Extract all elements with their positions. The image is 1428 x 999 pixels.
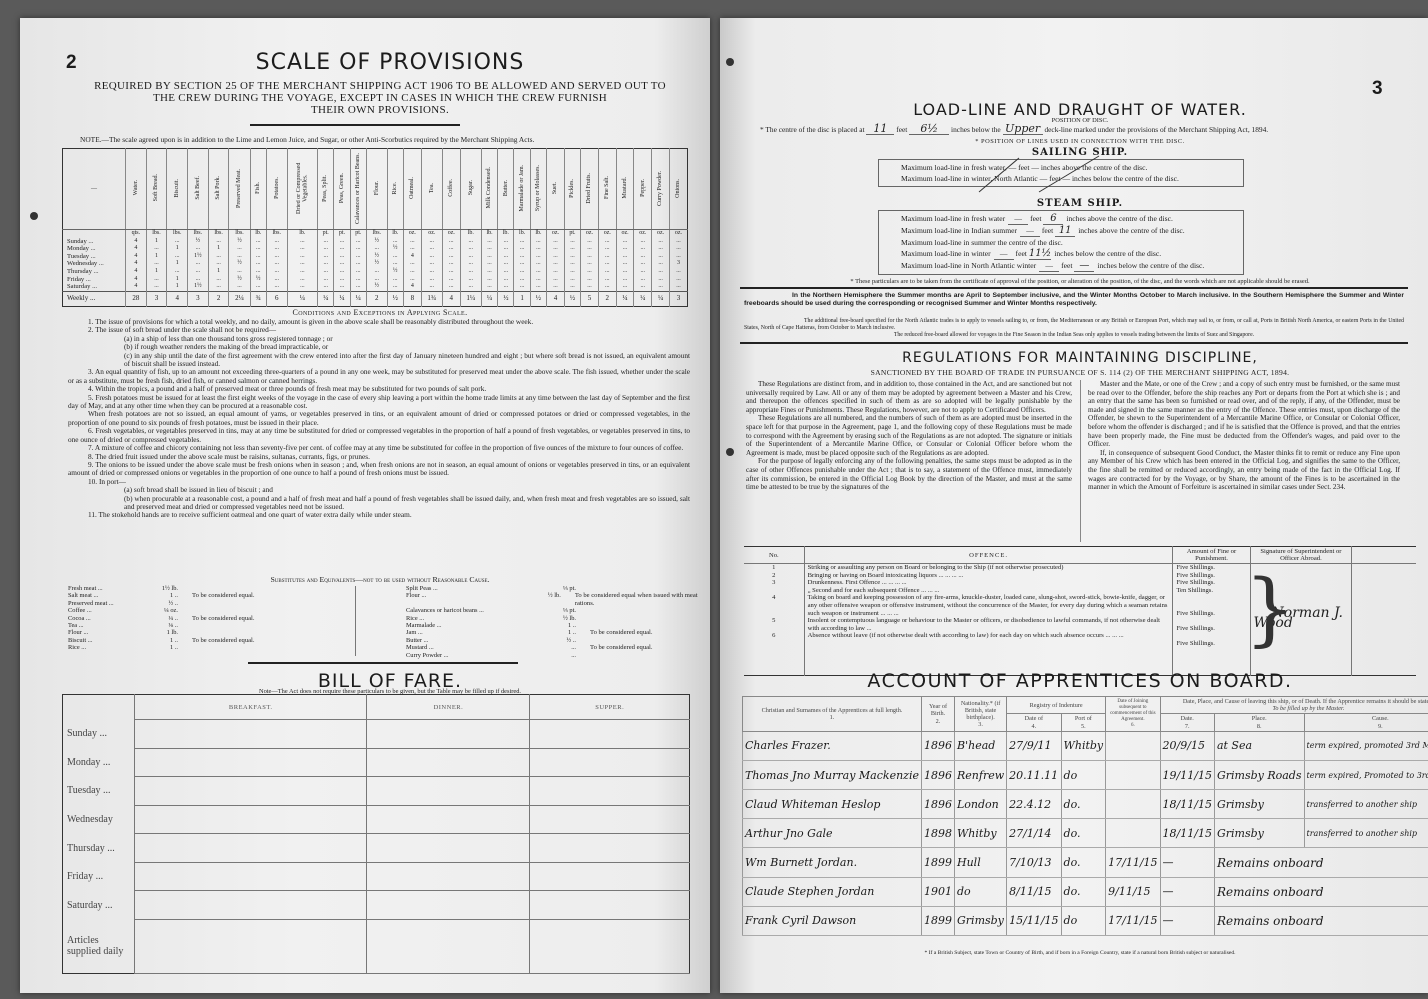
apprentice-nationality[interactable]: do bbox=[955, 877, 1007, 906]
value-cell: ... bbox=[581, 238, 599, 246]
apprentice-reg-date[interactable]: 27/9/11 bbox=[1007, 731, 1061, 760]
apprentice-name[interactable]: Charles Frazer. bbox=[743, 731, 922, 760]
meal-entry-cell[interactable] bbox=[367, 805, 530, 834]
value-cell: ... bbox=[188, 260, 209, 268]
value-cell: ... bbox=[318, 260, 334, 268]
meal-entry-cell[interactable] bbox=[367, 720, 530, 749]
steam-ship-box: Maximum load-line in fresh water— feet 6… bbox=[878, 210, 1244, 275]
condition-item: 3. An equal quantity of fish, up to an a… bbox=[68, 368, 690, 385]
value-cell: ... bbox=[318, 268, 334, 276]
apprentice-reg-port[interactable]: do. bbox=[1061, 819, 1106, 848]
weekly-value: ¼ bbox=[481, 291, 497, 306]
unit-cell: pt. bbox=[334, 230, 350, 238]
bill-of-fare-table: BREAKFAST.DINNER.SUPPER. Sunday ...Monda… bbox=[62, 694, 690, 974]
value-cell: ... bbox=[146, 276, 167, 284]
substitute-row: Jam ...1 ..To be considered equal. bbox=[406, 629, 706, 636]
apprentice-reg-date[interactable]: 27/1/14 bbox=[1007, 819, 1061, 848]
value-cell: ... bbox=[460, 253, 481, 261]
meal-entry-cell[interactable] bbox=[530, 748, 690, 777]
value-cell: ... bbox=[481, 238, 497, 246]
table-row: Thursday ...41......1...................… bbox=[63, 268, 688, 276]
apprentice-nationality[interactable]: Whitby bbox=[955, 819, 1007, 848]
col-leaving: Date, Place, and Cause of leaving this s… bbox=[1160, 697, 1428, 714]
apprentice-leave-date[interactable]: — bbox=[1160, 848, 1214, 877]
unit-cell: lb. bbox=[460, 230, 481, 238]
unit-cell: lb. bbox=[530, 230, 546, 238]
offence-number: 3 bbox=[747, 579, 801, 587]
column-label: Soft Bread. bbox=[153, 174, 160, 201]
value-cell: 1 bbox=[167, 260, 188, 268]
column-label: Fish. bbox=[255, 182, 262, 194]
inches-value: — bbox=[1074, 260, 1094, 272]
table-row: Wednesday ...4...1......½...............… bbox=[63, 260, 688, 268]
value-cell: ... bbox=[250, 253, 266, 261]
header-text: Place. bbox=[1252, 715, 1267, 722]
divider bbox=[740, 342, 1408, 344]
unit-cell: qts. bbox=[126, 230, 147, 238]
substitutes-title: Substitutes and Equivalents—not to be us… bbox=[60, 575, 700, 584]
apprentice-reg-port[interactable]: Whitby bbox=[1061, 731, 1106, 760]
value-cell: ... bbox=[564, 268, 580, 276]
apprentices-footnote: * If a British Subject, state Town or Co… bbox=[760, 950, 1400, 958]
meal-entry-cell[interactable] bbox=[135, 805, 367, 834]
apprentice-leave-date[interactable]: 18/11/15 bbox=[1160, 790, 1214, 819]
apprentice-leave-place[interactable]: Remains onboard bbox=[1214, 848, 1428, 877]
weekly-value: ½ bbox=[564, 291, 580, 306]
value-cell: ... bbox=[616, 260, 634, 268]
provisions-column-header: Water. bbox=[126, 149, 147, 230]
apprentice-joining[interactable] bbox=[1106, 760, 1160, 789]
value-cell: ... bbox=[634, 268, 652, 276]
offence-fine-wrap: Five Shillings. bbox=[1176, 579, 1246, 587]
offence-table: No. OFFENCE. Amount of Fine or Punishmen… bbox=[744, 546, 1416, 676]
substitute-item: Flour ... bbox=[68, 629, 148, 636]
apprentice-reg-port[interactable]: do. bbox=[1061, 848, 1106, 877]
meal-entry-cell[interactable] bbox=[530, 805, 690, 834]
value-cell: ... bbox=[616, 238, 634, 246]
apprentice-reg-port[interactable]: do bbox=[1061, 906, 1106, 935]
provisions-note: NOTE.—The scale agreed upon is in additi… bbox=[80, 136, 700, 145]
apprentice-leave-place[interactable]: Grimsby bbox=[1214, 790, 1304, 819]
value-cell: ... bbox=[581, 276, 599, 284]
value-cell: 4 bbox=[126, 260, 147, 268]
apprentice-year[interactable]: 1899 bbox=[922, 906, 955, 935]
value-cell: ... bbox=[530, 253, 546, 261]
provisions-column-header: Onions. bbox=[669, 149, 687, 230]
substitute-qty: 1 .. bbox=[148, 644, 178, 651]
value-cell: ... bbox=[442, 276, 460, 284]
equivalence-label: To be considered equal. bbox=[576, 644, 653, 651]
value-cell: ... bbox=[318, 245, 334, 253]
value-cell: ... bbox=[229, 268, 250, 276]
substitutes-right: Split Peas ...⅓ pt.Flour ...½ lb.To be c… bbox=[406, 585, 706, 659]
meal-entry-cell[interactable] bbox=[135, 891, 367, 920]
weekly-row: Weekly ...2834322¼¾6¼¼¼¼2½81¾41¼¼½1½4½52… bbox=[63, 291, 688, 306]
substitute-item: Mustard ... bbox=[406, 644, 546, 651]
col-fine: Amount of Fine or Punishment. bbox=[1173, 547, 1250, 564]
value-cell: ... bbox=[481, 253, 497, 261]
column-label: Marmalade or Jam. bbox=[519, 165, 526, 211]
weekly-value: 2 bbox=[366, 291, 387, 306]
equivalence-label: To be considered equal. bbox=[178, 592, 255, 599]
right-page: 3 LOAD-LINE AND DRAUGHT OF WATER. POSITI… bbox=[720, 18, 1428, 993]
substitute-item: Cocoa ... bbox=[68, 615, 148, 622]
col-registry: Registry of Indenture bbox=[1007, 697, 1106, 714]
apprentice-leave-place[interactable]: Grimsby bbox=[1214, 819, 1304, 848]
substitutes-left: Fresh meat ...1½ lb.Salt meat ...1 ..To … bbox=[68, 585, 348, 652]
unit-cell: lbs. bbox=[266, 230, 287, 238]
apprentice-name[interactable]: Thomas Jno Murray Mackenzie bbox=[743, 760, 922, 789]
header-text: Date of Joining subsequent to commenceme… bbox=[1110, 699, 1156, 721]
apprentice-leave-place[interactable]: Remains onboard bbox=[1214, 877, 1428, 906]
apprentice-nationality[interactable]: B'head bbox=[955, 731, 1007, 760]
value-cell: ... bbox=[250, 245, 266, 253]
inches-value: 6 bbox=[1043, 213, 1063, 225]
value-cell: ½ bbox=[366, 260, 387, 268]
column-label: Butter. bbox=[503, 180, 510, 196]
value-cell: ... bbox=[334, 268, 350, 276]
value-cell: ... bbox=[421, 268, 442, 276]
value-cell: ... bbox=[387, 283, 403, 291]
value-cell: ... bbox=[514, 268, 530, 276]
apprentice-reg-date[interactable]: 7/10/13 bbox=[1007, 848, 1061, 877]
meal-column-header: DINNER. bbox=[367, 695, 530, 720]
equivalence-label: To be considered equal. bbox=[178, 637, 255, 644]
apprentice-reg-port[interactable]: do. bbox=[1061, 790, 1106, 819]
apprentice-year[interactable]: 1896 bbox=[922, 760, 955, 789]
apprentice-leave-cause[interactable]: transferred to another ship bbox=[1304, 790, 1428, 819]
apprentice-joining[interactable] bbox=[1106, 790, 1160, 819]
apprentice-nationality[interactable]: Grimsby bbox=[955, 906, 1007, 935]
provisions-table: — Water.Soft Bread.Biscuit.Salt Beef.Sal… bbox=[62, 148, 688, 307]
table-row: Friday ... bbox=[63, 862, 690, 891]
apprentice-reg-date[interactable]: 15/11/15 bbox=[1007, 906, 1061, 935]
value-cell: ... bbox=[498, 283, 514, 291]
value-cell: ... bbox=[266, 245, 287, 253]
column-label: Milk Condensed. bbox=[486, 167, 493, 208]
substitute-qty: 1 .. bbox=[148, 637, 178, 644]
offence-text: Insolent or contemptuous language or beh… bbox=[808, 617, 1170, 632]
equivalence-label: To be considered equal. bbox=[178, 615, 255, 622]
line-text: Maximum load-line in fresh water bbox=[901, 214, 1005, 223]
meal-entry-cell[interactable] bbox=[530, 777, 690, 806]
value-cell: ... bbox=[208, 283, 229, 291]
apprentice-year[interactable]: 1901 bbox=[922, 877, 955, 906]
substitute-qty: ¼ oz. bbox=[148, 607, 178, 614]
value-cell: ... bbox=[634, 238, 652, 246]
value-cell: ... bbox=[598, 238, 616, 246]
apprentice-row: Claud Whiteman Heslop1896London22.4.12do… bbox=[743, 790, 1428, 819]
column-label: Flour. bbox=[374, 181, 381, 195]
weekly-value: 2 bbox=[208, 291, 229, 306]
day-label: Tuesday ... bbox=[63, 777, 135, 806]
units-row: qts.lbs.lbs.lbs.lbs.lbs.lb.lbs.lb.pt.pt.… bbox=[63, 230, 688, 238]
value-cell: ... bbox=[514, 283, 530, 291]
subtitle-line: REQUIRED BY SECTION 25 OF THE MERCHANT S… bbox=[70, 80, 690, 92]
apprentice-name[interactable]: Claude Stephen Jordan bbox=[743, 877, 922, 906]
divider bbox=[740, 287, 1408, 289]
apprentice-leave-place[interactable]: Grimsby Roads bbox=[1214, 760, 1304, 789]
weekly-value: 3 bbox=[188, 291, 209, 306]
apprentices-table: Christian and Surnames of the Apprentice… bbox=[742, 696, 1428, 936]
disc-inches-value: 6½ bbox=[909, 125, 949, 135]
value-cell: ... bbox=[387, 276, 403, 284]
apprentice-leave-date[interactable]: — bbox=[1160, 906, 1214, 935]
weekly-value: 2¼ bbox=[229, 291, 250, 306]
value-cell: ... bbox=[442, 283, 460, 291]
meal-entry-cell[interactable] bbox=[135, 862, 367, 891]
header-text: Date. bbox=[1181, 715, 1194, 722]
divider bbox=[250, 124, 460, 126]
apprentice-joining[interactable]: 9/11/15 bbox=[1106, 877, 1160, 906]
value-cell: ... bbox=[530, 268, 546, 276]
value-cell: ... bbox=[421, 253, 442, 261]
table-row: Monday ...4...1...1.....................… bbox=[63, 245, 688, 253]
meal-entry-cell[interactable] bbox=[530, 891, 690, 920]
column-label: Curry Powder. bbox=[657, 171, 664, 206]
unit-cell: lbs. bbox=[188, 230, 209, 238]
value-cell: ... bbox=[581, 268, 599, 276]
meal-entry-cell[interactable] bbox=[367, 920, 530, 974]
column-label: Pickles. bbox=[569, 179, 576, 198]
apprentice-reg-port[interactable]: do. bbox=[1061, 877, 1106, 906]
header-number: 2. bbox=[936, 718, 941, 725]
regulation-paragraph: These Regulations are distinct from, and… bbox=[746, 380, 1072, 414]
header-number: 3. bbox=[978, 721, 983, 728]
value-cell: ... bbox=[318, 253, 334, 261]
offence-fine-wrap: Ten Shillings. bbox=[1176, 587, 1246, 595]
value-cell: ... bbox=[442, 268, 460, 276]
meal-entry-cell[interactable] bbox=[135, 777, 367, 806]
value-cell: ... bbox=[146, 245, 167, 253]
apprentice-leave-cause[interactable]: transferred to another ship bbox=[1304, 819, 1428, 848]
value-cell: ... bbox=[421, 283, 442, 291]
meal-entry-cell[interactable] bbox=[530, 720, 690, 749]
value-cell: ... bbox=[387, 253, 403, 261]
offence-fine: Five Shillings. bbox=[1176, 640, 1214, 648]
provisions-column-header: Butter. bbox=[498, 149, 514, 230]
apprentice-name[interactable]: Arthur Jno Gale bbox=[743, 819, 922, 848]
apprentice-leave-date[interactable]: — bbox=[1160, 877, 1214, 906]
value-cell: ... bbox=[547, 260, 565, 268]
col-leave-date: Date.7. bbox=[1160, 714, 1214, 731]
substitute-row: Tea ...⅛ .. bbox=[68, 622, 348, 629]
offence-fine-wrap: Five Shillings. bbox=[1176, 632, 1246, 647]
meal-entry-cell[interactable] bbox=[367, 748, 530, 777]
substitute-qty: ⅓ pt. bbox=[546, 607, 576, 614]
meal-entry-cell[interactable] bbox=[367, 777, 530, 806]
value-cell: ... bbox=[167, 238, 188, 246]
substitute-item: Preserved meat ... bbox=[68, 600, 148, 607]
value-cell: ... bbox=[421, 260, 442, 268]
offence-fine: Five Shillings. bbox=[1176, 610, 1214, 618]
meal-entry-cell[interactable] bbox=[367, 891, 530, 920]
apprentice-joining[interactable] bbox=[1106, 819, 1160, 848]
meal-entry-cell[interactable] bbox=[135, 748, 367, 777]
provisions-column-header: Mustard. bbox=[616, 149, 634, 230]
feet-value: — bbox=[1039, 260, 1059, 272]
meal-entry-cell[interactable] bbox=[367, 862, 530, 891]
value-cell: ... bbox=[421, 245, 442, 253]
value-cell: ... bbox=[652, 253, 670, 261]
value-cell: ... bbox=[481, 283, 497, 291]
apprentice-leave-date[interactable]: 19/11/15 bbox=[1160, 760, 1214, 789]
apprentice-reg-date[interactable]: 20.11.11 bbox=[1007, 760, 1061, 789]
value-cell: ... bbox=[652, 283, 670, 291]
value-cell: ... bbox=[498, 276, 514, 284]
header-text: Year of Birth. bbox=[929, 703, 947, 717]
apprentice-leave-cause[interactable]: term expired, Promoted to 3rd Mate bbox=[1304, 760, 1428, 789]
apprentice-leave-cause[interactable]: term expired, promoted 3rd Mate bbox=[1304, 731, 1428, 760]
unit-cell: oz. bbox=[634, 230, 652, 238]
weekly-value: ½ bbox=[387, 291, 403, 306]
divider bbox=[248, 662, 518, 664]
regulations-column-2: Master and the Mate, or one of the Crew … bbox=[1088, 380, 1400, 492]
condition-item: (c) in any ship until the date of the fi… bbox=[68, 352, 690, 369]
value-cell: ... bbox=[167, 268, 188, 276]
apprentice-joining[interactable]: 17/11/15 bbox=[1106, 906, 1160, 935]
table-row: Articles supplied daily bbox=[63, 920, 690, 974]
apprentice-joining[interactable]: 17/11/15 bbox=[1106, 848, 1160, 877]
left-page: 2 SCALE OF PROVISIONS REQUIRED BY SECTIO… bbox=[20, 18, 710, 993]
feet-value: — bbox=[994, 248, 1014, 260]
value-cell: 1½ bbox=[188, 283, 209, 291]
substitute-item: Rice ... bbox=[68, 644, 148, 651]
value-cell: ... bbox=[598, 253, 616, 261]
apprentice-year[interactable]: 1898 bbox=[922, 819, 955, 848]
weekly-value: 1 bbox=[514, 291, 530, 306]
value-cell: 1 bbox=[167, 245, 188, 253]
column-label: Calavances or Haricot Beans. bbox=[355, 153, 362, 224]
unit-cell: oz. bbox=[581, 230, 599, 238]
value-cell: 4 bbox=[126, 238, 147, 246]
condition-item: 11. The stokehold hands are to receive s… bbox=[68, 511, 690, 519]
value-cell: ... bbox=[266, 283, 287, 291]
value-cell: ... bbox=[460, 268, 481, 276]
apprentice-nationality[interactable]: Renfrew bbox=[955, 760, 1007, 789]
apprentice-year[interactable]: 1896 bbox=[922, 731, 955, 760]
table-row: Sunday ...41...½...½..................½.… bbox=[63, 238, 688, 246]
provisions-column-header: Calavances or Haricot Beans. bbox=[350, 149, 366, 230]
meal-entry-cell[interactable] bbox=[135, 720, 367, 749]
corner-cell: — bbox=[63, 149, 126, 230]
weekly-value: ¼ bbox=[318, 291, 334, 306]
apprentice-nationality[interactable]: London bbox=[955, 790, 1007, 819]
sailing-ship-box: Maximum load-line in fresh water, — feet… bbox=[878, 159, 1244, 187]
offence-fine-wrap: Five Shillings. bbox=[1176, 594, 1246, 617]
feet-label: feet bbox=[1059, 261, 1074, 270]
value-cell: ... bbox=[547, 268, 565, 276]
weekly-value: 3 bbox=[669, 291, 687, 306]
apprentice-joining[interactable] bbox=[1106, 731, 1160, 760]
substitute-row: Calavances or haricot beans ...⅓ pt. bbox=[406, 607, 706, 614]
provisions-column-header: Biscuit. bbox=[167, 149, 188, 230]
apprentice-leave-place[interactable]: Remains onboard bbox=[1214, 906, 1428, 935]
value-cell: ... bbox=[334, 238, 350, 246]
meal-entry-cell[interactable] bbox=[135, 834, 367, 863]
feet-value: — bbox=[1020, 225, 1040, 237]
unit-cell: oz. bbox=[547, 230, 565, 238]
column-label: Dried Fruits. bbox=[586, 173, 593, 204]
value-cell: ... bbox=[318, 283, 334, 291]
table-row: Tuesday ... bbox=[63, 777, 690, 806]
regulation-paragraph: Master and the Mate, or one of the Crew … bbox=[1088, 380, 1400, 449]
provisions-column-header: Pickles. bbox=[564, 149, 580, 230]
apprentice-row: Arthur Jno Gale1898Whitby27/1/14do.18/11… bbox=[743, 819, 1428, 848]
apprentice-name[interactable]: Wm Burnett Jordan. bbox=[743, 848, 922, 877]
provisions-subtitle: REQUIRED BY SECTION 25 OF THE MERCHANT S… bbox=[70, 80, 690, 116]
value-cell: ... bbox=[634, 245, 652, 253]
subtitle-line: THEIR OWN PROVISIONS. bbox=[70, 104, 690, 116]
apprentice-leave-place[interactable]: at Sea bbox=[1214, 731, 1304, 760]
column-label: Water. bbox=[133, 180, 140, 195]
meal-entry-cell[interactable] bbox=[530, 920, 690, 974]
header-text: Christian and Surnames of the Apprentice… bbox=[762, 707, 903, 714]
apprentice-year[interactable]: 1899 bbox=[922, 848, 955, 877]
value-cell: ... bbox=[669, 268, 687, 276]
value-cell: ... bbox=[318, 276, 334, 284]
apprentice-reg-date[interactable]: 8/11/15 bbox=[1007, 877, 1061, 906]
apprentice-name[interactable]: Frank Cyril Dawson bbox=[743, 906, 922, 935]
meal-entry-cell[interactable] bbox=[530, 862, 690, 891]
substitute-row: Flour ...½ lb.To be considered equal whe… bbox=[406, 592, 706, 607]
substitute-row: Mustard ......To be considered equal. bbox=[406, 644, 706, 651]
apprentice-reg-date[interactable]: 22.4.12 bbox=[1007, 790, 1061, 819]
value-cell: ... bbox=[634, 283, 652, 291]
substitute-qty: 1 lb. bbox=[148, 629, 178, 636]
weekly-value: 5 bbox=[581, 291, 599, 306]
column-label: Mustard. bbox=[622, 177, 629, 199]
column-label: Salt Beef. bbox=[195, 176, 202, 200]
value-cell: ... bbox=[514, 253, 530, 261]
apprentice-leave-date[interactable]: 20/9/15 bbox=[1160, 731, 1214, 760]
weekly-value: 1¾ bbox=[421, 291, 442, 306]
apprentice-name[interactable]: Claud Whiteman Heslop bbox=[743, 790, 922, 819]
substitute-qty: ½ .. bbox=[546, 637, 576, 644]
apprentice-year[interactable]: 1896 bbox=[922, 790, 955, 819]
steam-line: Maximum load-line in Indian summer— feet… bbox=[901, 225, 1243, 237]
apprentice-nationality[interactable]: Hull bbox=[955, 848, 1007, 877]
substitute-item: Coffee ... bbox=[68, 607, 148, 614]
unit-cell: oz. bbox=[598, 230, 616, 238]
disc-position-line: * The centre of the disc is placed at 11… bbox=[760, 125, 1400, 135]
value-cell: 4 bbox=[126, 276, 147, 284]
offence-text: Bringing or having on Board intoxicating… bbox=[808, 572, 1170, 580]
unit-cell: lbs. bbox=[366, 230, 387, 238]
header-text: Cause. bbox=[1372, 715, 1389, 722]
unit-cell: oz. bbox=[403, 230, 421, 238]
apprentice-reg-port[interactable]: do bbox=[1061, 760, 1106, 789]
value-cell: ... bbox=[564, 238, 580, 246]
value-cell: ... bbox=[514, 276, 530, 284]
value-cell: ... bbox=[634, 276, 652, 284]
equivalence-label: To be considered equal. bbox=[576, 629, 653, 636]
value-cell: ... bbox=[350, 245, 366, 253]
meal-entry-cell[interactable] bbox=[135, 920, 367, 974]
value-cell: ... bbox=[547, 245, 565, 253]
unit-cell: oz. bbox=[421, 230, 442, 238]
meal-entry-cell[interactable] bbox=[530, 834, 690, 863]
value-cell: ... bbox=[669, 276, 687, 284]
meal-entry-cell[interactable] bbox=[367, 834, 530, 863]
provisions-column-header: Peas, Green. bbox=[334, 149, 350, 230]
apprentices-title: ACCOUNT OF APPRENTICES ON BOARD. bbox=[780, 670, 1380, 692]
value-cell: 4 bbox=[126, 245, 147, 253]
value-cell: ... bbox=[652, 268, 670, 276]
offence-text: Drunkenness. First Offence ... ... ... .… bbox=[808, 579, 1170, 587]
apprentice-leave-date[interactable]: 18/11/15 bbox=[1160, 819, 1214, 848]
value-cell: ... bbox=[530, 245, 546, 253]
